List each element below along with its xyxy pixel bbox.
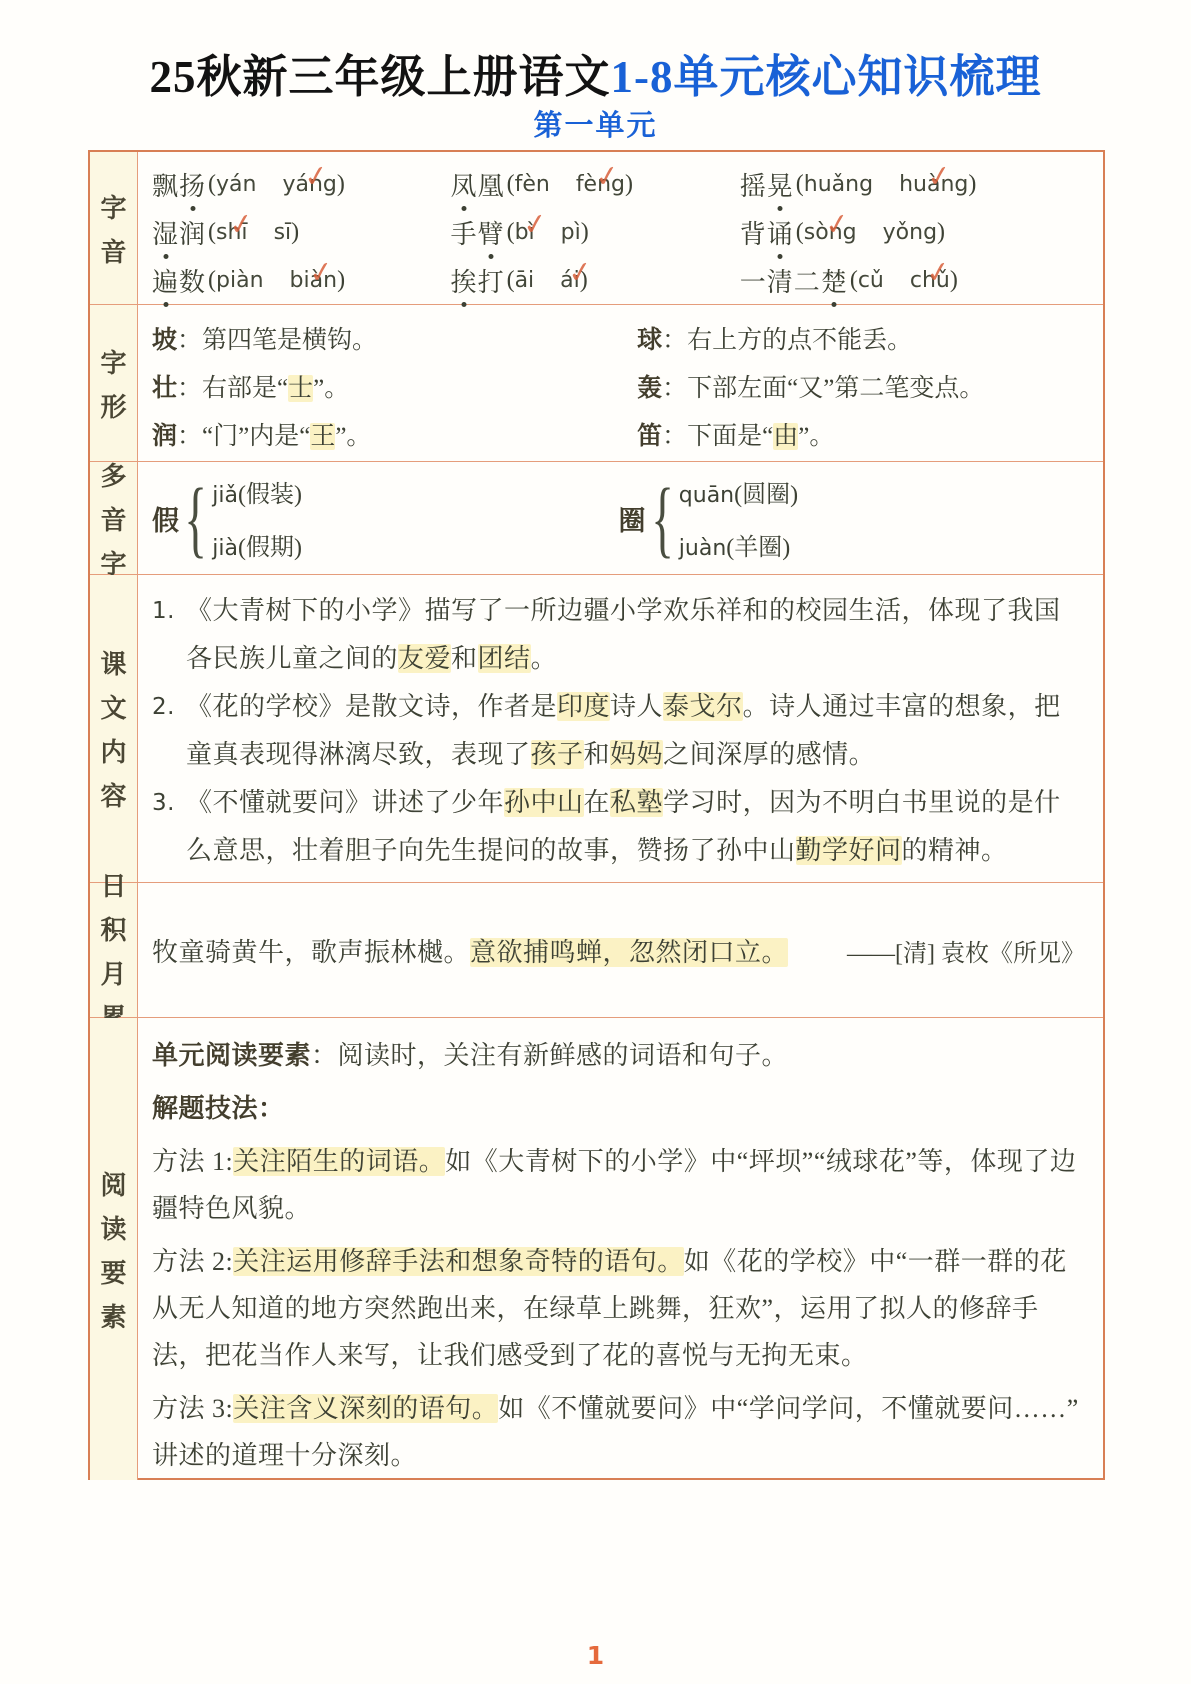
page-number: 1 [0,1641,1191,1670]
check-icon: ✓ [307,256,335,288]
pinyin-options: (shī✓sī) [208,219,299,246]
tested-character: 扬 [179,166,206,203]
row-content-kewen: 1. 《大青树下的小学》描写了一所边疆小学欢乐祥和的校园生活，体现了我国各民族儿… [138,575,1103,882]
text-run: 方法 1: [152,1147,233,1176]
pinyin-option: bì✓ [515,220,535,245]
row-label-duoyinzi: 多音字 [90,462,138,574]
reading-paragraph: 方法 2:关注运用修辞手法和想象奇特的语句。如《花的学校》中“一群一群的花从无人… [152,1238,1085,1379]
pinyin-option: yán [216,172,256,197]
highlight-text: 孙中山 [504,788,584,817]
highlight-text: 士 [288,375,313,402]
row-content-yuedu: 单元阅读要素：阅读时，关注有新鲜感的词语和句子。解题技法：方法 1:关注陌生的词… [138,1018,1103,1480]
zixing-character: 坡 [152,327,177,354]
pinyin-option: fèn [515,172,550,197]
text-run: ”。 [335,423,371,450]
pinyin-word: 一清二楚 [740,262,848,299]
zixing-character: 球 [637,327,662,354]
text-run: ：“门”内是“ [177,423,310,450]
highlight-text: 团结 [478,644,531,673]
row-label-char: 容 [100,776,126,813]
row-label-rijiyuelei: 日积月累 [90,883,138,1017]
brace-icon: { [651,475,674,561]
polyphone-example: (羊圈) [726,535,790,561]
polyphone-example: (假期) [238,535,302,561]
text-run: 《大青树下的小学》描写了一所边疆小学欢乐祥和的校园生活，体现了我国各民族儿童之间… [186,596,1061,673]
character: 一 [740,262,767,299]
text-run: 和 [584,740,611,769]
check-icon: ✓ [594,160,622,192]
pinyin-item: 摇晃 (huǎnghuàng✓) [740,160,1085,208]
pinyin-item: 遍数 (piànbiàn✓) [152,256,451,304]
zixing-character: 笛 [637,423,662,450]
lesson-summary-item: 1. 《大青树下的小学》描写了一所边疆小学欢乐祥和的校园生活，体现了我国各民族儿… [152,587,1085,683]
text-run: 方法 3: [152,1394,233,1423]
row-label-char: 要 [100,1253,126,1290]
pinyin-word: 摇晃 [740,166,794,203]
text-run: 和 [451,644,478,673]
tested-character: 遍 [152,262,179,299]
character: 数 [179,262,206,299]
text-run: 。 [531,644,558,673]
check-icon: ✓ [823,208,851,240]
row-label-char: 字 [100,343,126,380]
polyphone-example: (圆圈) [734,482,798,508]
pinyin-option: huǎng [804,172,873,197]
pinyin-item: 挨打 (āiái✓) [451,256,740,304]
check-icon: ✓ [302,160,330,192]
tested-character: 楚 [821,262,848,299]
item-number: 1. [152,587,186,683]
text-run: 方法 2: [152,1247,233,1276]
pinyin-option: pì [561,220,581,245]
text-run: 诗人 [610,692,663,721]
pinyin-option: sī [274,220,292,245]
pinyin-word: 湿润 [152,214,206,251]
pinyin-options: (cǔchǔ✓) [850,267,958,294]
row-label-char: 日 [100,866,126,903]
text-run: 《花的学校》是散文诗，作者是 [186,692,557,721]
tested-character: 凤 [451,166,478,203]
item-text: 《不懂就要问》讲述了少年孙中山在私塾学习时，因为不明白书里说的是什么意思，壮着胆… [186,779,1085,875]
item-number: 3. [152,779,186,875]
pinyin-option: huàng✓ [899,172,968,197]
polyphone-reading: jiǎ(假装) [212,474,302,509]
text-run: 之间深厚的感情。 [663,740,875,769]
row-label-char: 字 [100,188,126,225]
page-title: 25秋新三年级上册语文1-8单元核心知识梳理 [0,40,1191,105]
polyphone-reading: juàn(羊圈) [679,527,798,562]
row-label-char: 积 [100,910,126,947]
zixing-grid: 坡：第四笔是横钩。 球：右上方的点不能丢。 壮：右部是“士”。 轰：下部左面“又… [152,305,1085,461]
highlight-text: 王 [310,423,335,450]
pinyin-options: (sòng✓yǒng) [796,219,945,246]
highlight-text: 印度 [557,692,610,721]
pinyin-item: 一清二楚 (cǔchǔ✓) [740,256,1085,304]
row-label-zixing: 字形 [90,305,138,461]
character: 清 [767,262,794,299]
pinyin-grid: 飘扬 (yányáng✓) 凤凰 (fènfèng✓) 摇晃 (huǎnghuà… [152,152,1085,304]
tested-character: 挨 [451,262,478,299]
character: 飘 [152,166,179,203]
text-run: ”。 [313,375,349,402]
pinyin-options: (yányáng✓) [208,171,345,198]
check-icon: ✓ [925,160,953,192]
row-ziyin: 字音 飘扬 (yányáng✓) 凤凰 (fènfèng✓) 摇晃 (huǎng… [90,152,1103,305]
pinyin-option: cǔ [858,268,884,293]
row-label-char: 音 [100,500,126,537]
row-label-char: 音 [100,232,126,269]
pinyin-item: 湿润 (shī✓sī) [152,208,451,256]
polyphone-character: 假 [152,499,179,538]
page-title-black: 25秋新三年级上册语文 [149,52,610,102]
poem-attribution: ——[清] 袁枚《所见》 [847,933,1085,968]
summary-table: 字音 飘扬 (yányáng✓) 凤凰 (fènfèng✓) 摇晃 (huǎng… [88,150,1105,1480]
text-run: 的精神。 [902,836,1008,865]
row-zixing: 字形 坡：第四笔是横钩。 球：右上方的点不能丢。 壮：右部是“士”。 轰：下部左… [90,305,1103,462]
pinyin-options: (bì✓pì) [507,219,589,246]
pinyin-option: yǒng [883,220,937,245]
item-number: 2. [152,683,186,779]
check-icon: ✓ [521,208,549,240]
text-run: ：右部是“ [177,375,288,402]
text-run: 牧童骑黄牛，歌声振林樾。 [152,938,470,967]
text-run: 在 [584,788,611,817]
pinyin-word: 凤凰 [451,166,505,203]
text-run: ：下面是“ [662,423,773,450]
character: 摇 [740,166,767,203]
polyphone-pinyin: jiǎ [212,483,238,508]
highlight-text: 意欲捕鸣蝉，忽然闭口立。 [470,938,788,967]
reading-paragraph: 方法 3:关注含义深刻的语句。如《不懂就要问》中“学问学问，不懂就要问……”讲述… [152,1385,1085,1479]
check-icon: ✓ [566,256,594,288]
row-content-zixing: 坡：第四笔是横钩。 球：右上方的点不能丢。 壮：右部是“士”。 轰：下部左面“又… [138,305,1103,461]
lesson-summary-item: 2. 《花的学校》是散文诗，作者是印度诗人泰戈尔。诗人通过丰富的想象，把童真表现… [152,683,1085,779]
zixing-character: 润 [152,423,177,450]
item-text: 《花的学校》是散文诗，作者是印度诗人泰戈尔。诗人通过丰富的想象，把童真表现得淋漓… [186,683,1085,779]
reading-paragraph: 方法 1:关注陌生的词语。如《大青树下的小学》中“坪坝”“绒球花”等，体现了边疆… [152,1138,1085,1232]
pinyin-options: (piànbiàn✓) [208,267,345,294]
pinyin-option: sòng✓ [804,220,857,245]
polyphone-reading: quān(圆圈) [679,474,798,509]
pinyin-option: biàn✓ [290,268,338,293]
highlight-text: 孩子 [531,740,584,769]
row-content-ziyin: 飘扬 (yányáng✓) 凤凰 (fènfèng✓) 摇晃 (huǎnghuà… [138,152,1103,304]
row-label-char: 课 [100,644,126,681]
pinyin-item: 飘扬 (yányáng✓) [152,160,451,208]
text-run: ：阅读时，关注有新鲜感的词语和句子。 [311,1041,788,1070]
highlight-text: 私塾 [610,788,663,817]
text-run: 解题技法： [152,1094,285,1123]
character: 润 [179,214,206,251]
highlight-text: 关注含义深刻的语句。 [233,1394,498,1423]
highlight-text: 友爱 [398,644,451,673]
row-label-ziyin: 字音 [90,152,138,304]
polyphone-example: (假装) [238,482,302,508]
highlight-text: 泰戈尔 [663,692,743,721]
row-content-rijiyuelei: 牧童骑黄牛，歌声振林樾。意欲捕鸣蝉，忽然闭口立。 ——[清] 袁枚《所见》 [138,883,1103,1017]
polyphone-group: 假 { jiǎ(假装)jià(假期) [152,474,619,562]
poem-text: 牧童骑黄牛，歌声振林樾。意欲捕鸣蝉，忽然闭口立。 [152,932,788,969]
character: 打 [478,262,505,299]
item-text: 《大青树下的小学》描写了一所边疆小学欢乐祥和的校园生活，体现了我国各民族儿童之间… [186,587,1085,683]
pinyin-word: 飘扬 [152,166,206,203]
pinyin-word: 手臂 [451,214,505,251]
text-run: ”。 [798,423,834,450]
worksheet-page: 25秋新三年级上册语文1-8单元核心知识梳理 第一单元 字音 飘扬 (yányá… [0,0,1191,1684]
reading-paragraph: 解题技法： [152,1085,1085,1132]
polyphone-reading: jià(假期) [212,527,302,562]
pinyin-option: piàn [216,268,264,293]
tested-character: 诵 [767,214,794,251]
zixing-character: 壮 [152,375,177,402]
character: 二 [794,262,821,299]
check-icon: ✓ [924,256,952,288]
pinyin-word: 背诵 [740,214,794,251]
pinyin-options: (fènfèng✓) [507,171,633,198]
text-run: 单元阅读要素 [152,1041,311,1070]
pinyin-options: (huǎnghuàng✓) [796,171,977,198]
polyphone-readings: quān(圆圈)juàn(羊圈) [679,474,798,562]
unit-subtitle: 第一单元 [0,103,1191,144]
tested-character: 晃 [767,166,794,203]
polyphone-character: 圈 [619,499,646,538]
highlight-text: 妈妈 [610,740,663,769]
polyphone-pinyin: quān [679,483,734,508]
pinyin-item: 凤凰 (fènfèng✓) [451,160,740,208]
pinyin-options: (āiái✓) [507,267,588,294]
row-rijiyuelei: 日积月累 牧童骑黄牛，歌声振林樾。意欲捕鸣蝉，忽然闭口立。 ——[清] 袁枚《所… [90,883,1103,1018]
pinyin-item: 手臂 (bì✓pì) [451,208,740,256]
pinyin-option: shī✓ [216,220,248,245]
zixing-character: 轰 [637,375,662,402]
row-label-char: 月 [100,954,126,991]
brace-icon: { [184,475,207,561]
lesson-summary-item: 3. 《不懂就要问》讲述了少年孙中山在私塾学习时，因为不明白书里说的是什么意思，… [152,779,1085,875]
polyphone-pinyin: juàn [679,536,726,561]
character: 背 [740,214,767,251]
polyphone-group: 圈 { quān(圆圈)juàn(羊圈) [619,474,1086,562]
row-label-char: 内 [100,732,126,769]
row-label-char: 阅 [100,1165,126,1202]
zixing-item: 轰：下部左面“又”第二笔变点。 [637,365,1085,413]
text-run: ：第四笔是横钩。 [177,327,377,354]
character: 凰 [478,166,505,203]
page-title-blue: 1-8单元核心知识梳理 [611,52,1042,102]
text-run: ：下部左面“又”第二笔变点。 [662,375,984,402]
highlight-text: 由 [773,423,798,450]
row-label-kewen: 课文内容 [90,575,138,882]
pinyin-option: yáng✓ [282,172,336,197]
text-run: ：右上方的点不能丢。 [662,327,912,354]
zixing-item: 润：“门”内是“王”。 [152,413,637,461]
row-label-char: 文 [100,688,126,725]
row-yuedu: 阅读要素 单元阅读要素：阅读时，关注有新鲜感的词语和句子。解题技法：方法 1:关… [90,1018,1103,1480]
pinyin-option: chǔ✓ [910,268,950,293]
polyphone-readings: jiǎ(假装)jià(假期) [212,474,302,562]
pinyin-word: 挨打 [451,262,505,299]
highlight-text: 勤学好问 [796,836,902,865]
pinyin-option: fèng✓ [576,172,625,197]
row-label-char: 素 [100,1297,126,1334]
highlight-text: 关注陌生的词语。 [233,1147,445,1176]
zixing-item: 坡：第四笔是横钩。 [152,317,637,365]
polyphone-pinyin: jià [212,536,238,561]
pinyin-word: 遍数 [152,262,206,299]
row-label-char: 形 [100,387,126,424]
tested-character: 湿 [152,214,179,251]
row-label-yuedu: 阅读要素 [90,1018,138,1480]
highlight-text: 关注运用修辞手法和想象奇特的语句。 [233,1247,684,1276]
row-kewen: 课文内容 1. 《大青树下的小学》描写了一所边疆小学欢乐祥和的校园生活，体现了我… [90,575,1103,883]
text-run: 《不懂就要问》讲述了少年 [186,788,504,817]
pinyin-option: āi [515,268,535,293]
polyphone-groups: 假 { jiǎ(假装)jià(假期) 圈 { quān(圆圈)juàn(羊圈) [152,462,1085,574]
row-content-duoyinzi: 假 { jiǎ(假装)jià(假期) 圈 { quān(圆圈)juàn(羊圈) [138,462,1103,574]
row-label-char: 多 [100,456,126,493]
row-duoyinzi: 多音字 假 { jiǎ(假装)jià(假期) 圈 { quān(圆圈)juàn(… [90,462,1103,575]
pinyin-item: 背诵 (sòng✓yǒng) [740,208,1085,256]
reading-paragraph: 单元阅读要素：阅读时，关注有新鲜感的词语和句子。 [152,1032,1085,1079]
zixing-item: 球：右上方的点不能丢。 [637,317,1085,365]
zixing-item: 笛：下面是“由”。 [637,413,1085,461]
zixing-item: 壮：右部是“士”。 [152,365,637,413]
character: 手 [451,214,478,251]
tested-character: 臂 [478,214,505,251]
row-label-char: 读 [100,1209,126,1246]
pinyin-option: ái✓ [560,268,580,293]
check-icon: ✓ [227,208,255,240]
